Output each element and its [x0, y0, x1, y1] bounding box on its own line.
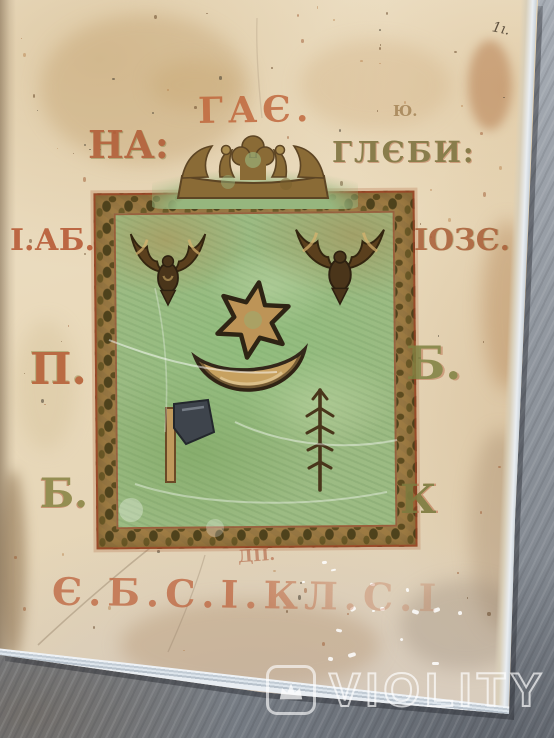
inscription-mid-left-2: П. — [30, 348, 87, 392]
inscription-lower-right: К — [400, 480, 436, 520]
crown-icon — [266, 665, 316, 715]
page-number: 1ı. — [491, 20, 511, 37]
inscription-caption-small: ДП. — [237, 547, 275, 567]
manuscript-photo: ГАЄ. Ю. НА: ГЛЄБИ: І.АБ. ІОЗЄ. П. Б. Б. … — [0, 0, 554, 738]
inscription-mid-right-2: Б. — [406, 340, 461, 386]
inscription-upper-left: НА: — [88, 126, 169, 164]
inscription-top-center: ГАЄ. — [198, 91, 314, 129]
watermark: VIOLITY — [266, 662, 547, 717]
inscription-mid-right-1: ІОЗЄ. — [414, 226, 510, 256]
inscription-lower-left: Б. — [40, 474, 88, 514]
inscription-upper-right: ГЛЄБИ: — [332, 138, 476, 167]
crown-illustration — [168, 132, 338, 200]
inscription-caption-bottom: Є.Б.С.І.КЛ.С.І — [52, 573, 443, 618]
crack-lines — [95, 192, 412, 544]
inscription-mid-left-1: І.АБ. — [10, 226, 95, 256]
watermark-text: VIOLITY — [329, 662, 547, 717]
inscription-top-small-right: Ю. — [393, 104, 418, 119]
